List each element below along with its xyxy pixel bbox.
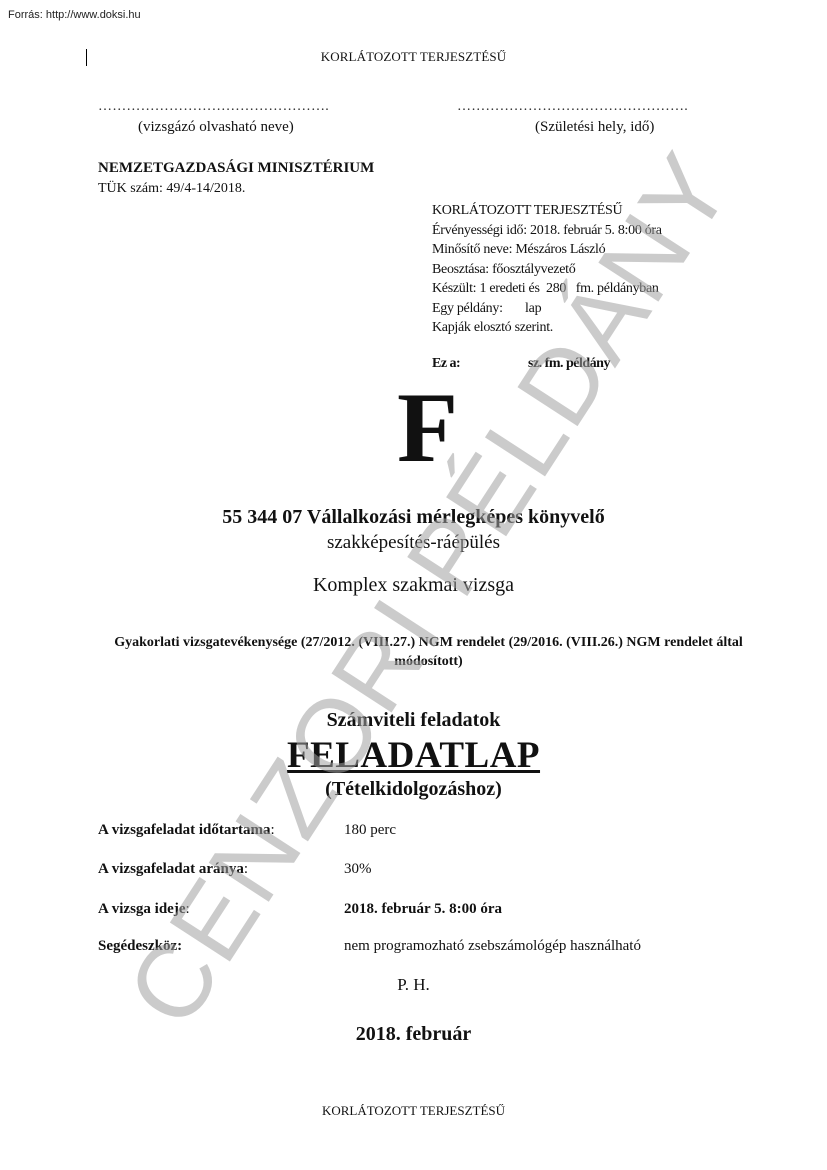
copy-suffix: sz. fm. példány <box>528 356 610 372</box>
regulation-reference: Gyakorlati vizsgatevékenysége (27/2012. … <box>90 633 767 671</box>
pages-line: Egy példány: lap <box>432 299 662 319</box>
sheet-subtitle: (Tételkidolgozáshoz) <box>0 778 827 801</box>
subject-title: Számviteli feladatok <box>0 709 827 732</box>
classification-block: KORLÁTOZOTT TERJESZTÉSŰ Érvényességi idő… <box>432 201 662 338</box>
exam-type: Komplex szakmai vizsga <box>0 574 827 597</box>
copies-line: Készült: 1 eredeti és 280 fm. példányban <box>432 279 662 299</box>
issue-date: 2018. február <box>0 1023 827 1046</box>
classifier-name-line: Minősítő neve: Mészáros László <box>432 240 662 260</box>
source-note: Forrás: http://www.doksi.hu <box>8 9 141 21</box>
duration-label: A vizsgafeladat időtartama: <box>98 822 275 839</box>
distribution-line: Kapják elosztó szerint. <box>432 318 662 338</box>
weight-value: 30% <box>344 861 372 878</box>
tools-value: nem programozható zsebszámológép használ… <box>344 938 641 955</box>
position-line: Beosztása: főosztályvezető <box>432 260 662 280</box>
footer-classification: KORLÁTOZOTT TERJESZTÉSŰ <box>0 1103 827 1119</box>
validity-line: Érvényességi idő: 2018. február 5. 8:00 … <box>432 221 662 241</box>
qualification-title: 55 344 07 Vállalkozási mérlegképes könyv… <box>0 506 827 529</box>
copy-number-line: Ez a: sz. fm. példány <box>432 356 460 372</box>
birth-field-label: (Születési hely, idő) <box>535 119 654 136</box>
duration-value: 180 perc <box>344 822 396 839</box>
sheet-title-text: FELADATLAP <box>287 735 540 776</box>
header-classification: KORLÁTOZOTT TERJESZTÉSŰ <box>0 49 827 65</box>
tuk-number: TÜK szám: 49/4-14/2018. <box>98 181 245 197</box>
copy-prefix: Ez a: <box>432 356 460 371</box>
name-field-label: (vizsgázó olvasható neve) <box>138 119 294 136</box>
sheet-title: FELADATLAP <box>0 734 827 777</box>
version-letter: F <box>397 378 458 478</box>
name-signature-line: …………………………………………. <box>98 99 329 115</box>
qualification-subtitle: szakképesítés-ráépülés <box>0 532 827 554</box>
weight-label: A vizsgafeladat aránya: <box>98 861 248 878</box>
exam-time-value: 2018. február 5. 8:00 óra <box>344 901 502 918</box>
exam-time-label: A vizsga ideje: <box>98 901 190 918</box>
classification-line: KORLÁTOZOTT TERJESZTÉSŰ <box>432 201 662 221</box>
stamp-placeholder: P. H. <box>0 975 827 995</box>
tools-label: Segédeszköz: <box>98 938 182 955</box>
birth-signature-line: …………………………………………. <box>457 99 688 115</box>
ministry-name: NEMZETGAZDASÁGI MINISZTÉRIUM <box>98 160 374 177</box>
